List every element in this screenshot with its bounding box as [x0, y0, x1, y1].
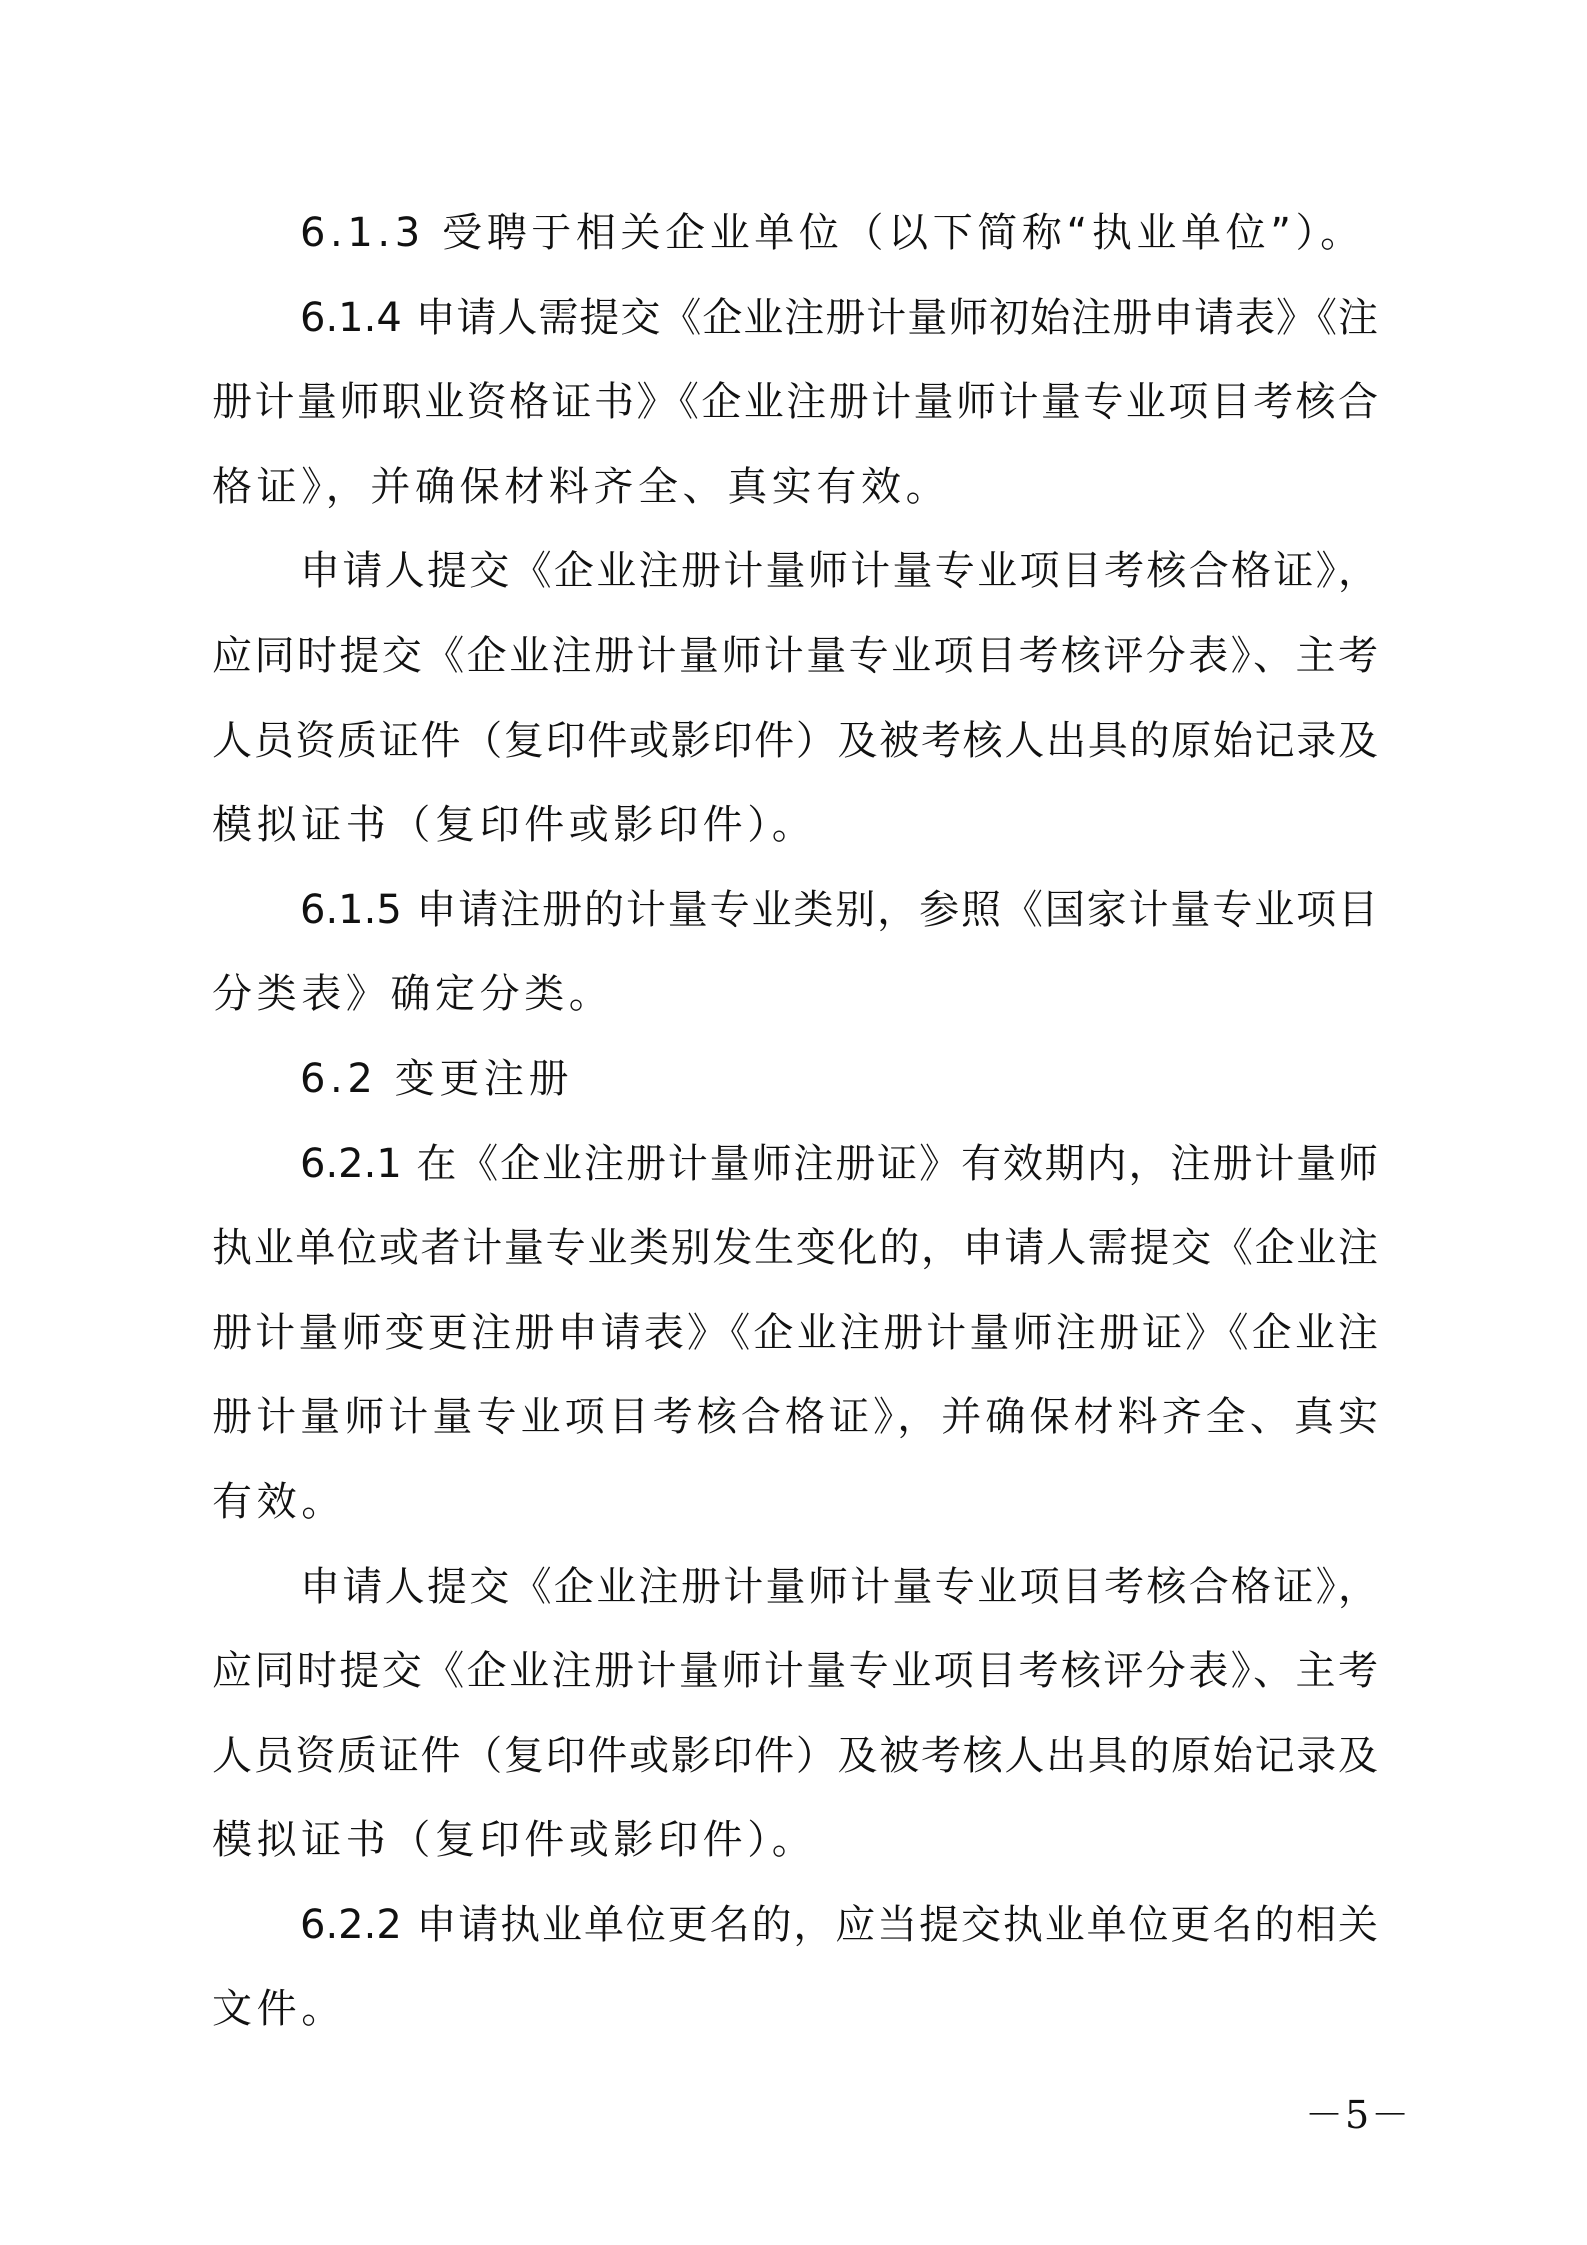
- clause-6-1-3-line-1: 6.1.3 受聘于相关企业单位（以下简称“执业单位”）。: [212, 203, 1378, 288]
- clause-6-1-4-note-line-4: 模拟证书（复印件或影印件）。: [212, 795, 1378, 880]
- clause-6-1-4-note-line-3: 人员资质证件（复印件或影印件）及被考核人出具的原始记录及: [212, 711, 1378, 796]
- clause-6-2-1-line-3: 册计量师变更注册申请表》《企业注册计量师注册证》《企业注: [212, 1303, 1378, 1388]
- section-6-2-heading: 6.2 变更注册: [212, 1049, 1378, 1134]
- clause-6-1-5-line-1: 6.1.5 申请注册的计量专业类别，参照《国家计量专业项目: [212, 880, 1378, 965]
- clause-6-1-4-line-2: 册计量师职业资格证书》《企业注册计量师计量专业项目考核合: [212, 372, 1378, 457]
- document-body: 6.1.3 受聘于相关企业单位（以下简称“执业单位”）。 6.1.4 申请人需提…: [212, 203, 1378, 2064]
- document-page: 6.1.3 受聘于相关企业单位（以下简称“执业单位”）。 6.1.4 申请人需提…: [0, 0, 1587, 2245]
- clause-6-2-2-line-2: 文件。: [212, 1979, 1378, 2064]
- clause-6-2-1-note-line-2: 应同时提交《企业注册计量师计量专业项目考核评分表》、主考: [212, 1641, 1378, 1726]
- clause-6-2-1-note-line-4: 模拟证书（复印件或影印件）。: [212, 1810, 1378, 1895]
- clause-6-2-1-line-2: 执业单位或者计量专业类别发生变化的，申请人需提交《企业注: [212, 1218, 1378, 1303]
- clause-6-2-1-line-4: 册计量师计量专业项目考核合格证》，并确保材料齐全、真实: [212, 1387, 1378, 1472]
- clause-6-2-2-line-1: 6.2.2 申请执业单位更名的，应当提交执业单位更名的相关: [212, 1895, 1378, 1980]
- clause-6-1-4-line-3: 格证》，并确保材料齐全、真实有效。: [212, 457, 1378, 542]
- clause-6-2-1-line-5: 有效。: [212, 1472, 1378, 1557]
- clause-6-1-4-line-1: 6.1.4 申请人需提交《企业注册计量师初始注册申请表》《注: [212, 288, 1378, 373]
- clause-6-2-1-note-line-1: 申请人提交《企业注册计量师计量专业项目考核合格证》，: [212, 1557, 1378, 1642]
- clause-6-2-1-line-1: 6.2.1 在《企业注册计量师注册证》有效期内，注册计量师: [212, 1134, 1378, 1219]
- page-number: －5－: [1305, 2090, 1411, 2140]
- clause-6-2-1-note-line-3: 人员资质证件（复印件或影印件）及被考核人出具的原始记录及: [212, 1726, 1378, 1811]
- clause-6-1-4-note-line-2: 应同时提交《企业注册计量师计量专业项目考核评分表》、主考: [212, 626, 1378, 711]
- clause-6-1-5-line-2: 分类表》确定分类。: [212, 964, 1378, 1049]
- clause-6-1-4-note-line-1: 申请人提交《企业注册计量师计量专业项目考核合格证》，: [212, 541, 1378, 626]
